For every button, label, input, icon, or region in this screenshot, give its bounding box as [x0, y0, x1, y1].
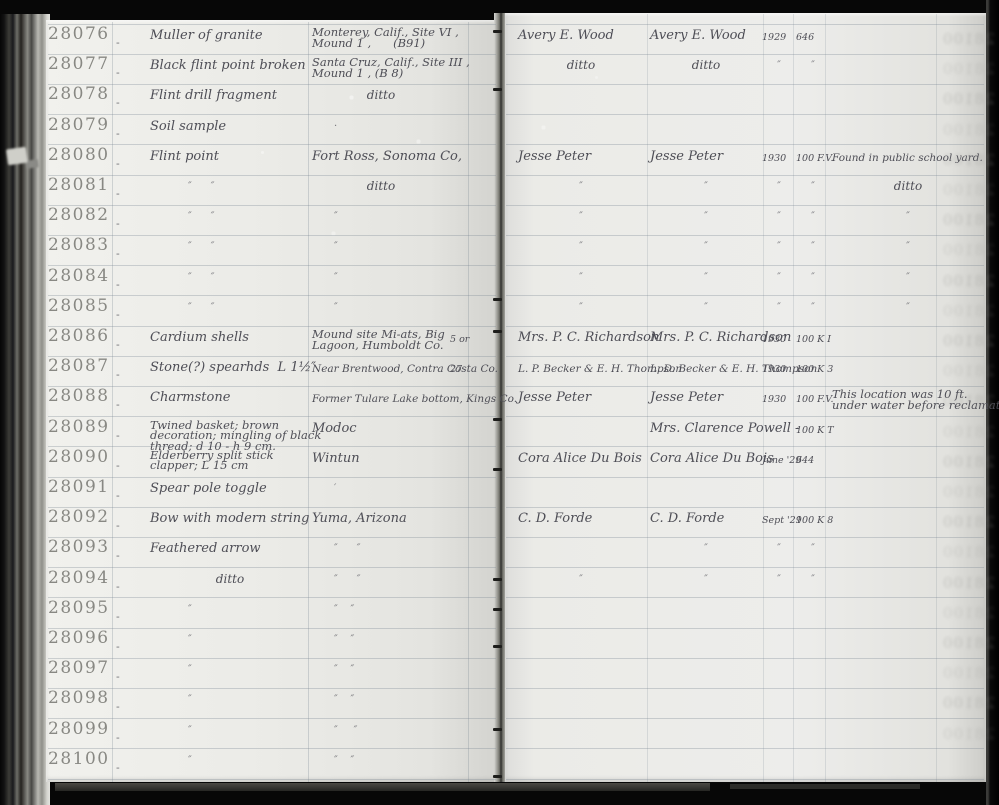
scan-shadow: [55, 783, 710, 791]
catalog-number-dash: -: [116, 127, 120, 140]
cell-collection: ″: [650, 271, 762, 284]
rule-line: [48, 295, 496, 296]
cell-loc: ″ ″: [312, 603, 472, 616]
cell-collector: Jesse Peter: [518, 150, 644, 163]
gutter-tick: [493, 30, 502, 33]
gutter-tick: [493, 468, 502, 471]
cell-collection: ″: [650, 301, 762, 314]
cell-acc: ″: [796, 240, 830, 253]
rule-line: [48, 265, 496, 266]
bleedthrough-number: 28100: [942, 30, 995, 48]
cell-collection: ″: [650, 240, 762, 253]
gutter-tick: [493, 88, 502, 91]
bleedthrough-number: 28100: [942, 272, 995, 290]
catalog-number: 28084: [48, 270, 110, 283]
page-edge-marker: [6, 147, 28, 166]
rule-line: [506, 356, 984, 357]
rule-line: [506, 54, 984, 55]
rule-line: [48, 235, 496, 236]
gutter-tick: [493, 645, 502, 648]
cell-collector: ″: [518, 240, 644, 253]
rule-line: [48, 718, 496, 719]
catalog-number: 28091: [48, 481, 110, 494]
rule-line: [506, 265, 984, 266]
bleedthrough-number: 28100: [942, 181, 995, 199]
rule-line: [48, 779, 496, 780]
bleedthrough-number: 28100: [942, 302, 995, 320]
cell-acc: 644: [796, 456, 830, 466]
catalog-number-dash: -: [116, 278, 120, 291]
rule-line: [506, 446, 984, 447]
catalog-number-dash: -: [116, 549, 120, 562]
catalog-number-dash: -: [116, 398, 120, 411]
catalog-number: 28085: [48, 300, 110, 313]
cell-collection: Cora Alice Du Bois: [650, 452, 762, 465]
catalog-number-dash: -: [116, 640, 120, 653]
cell-loc: Modoc: [312, 422, 450, 435]
bleedthrough-number: 28100: [942, 121, 995, 139]
bleedthrough-number: 28100: [942, 543, 995, 561]
cell-loc: ditto: [312, 180, 450, 193]
cell-loc: ″: [312, 240, 472, 253]
cell-desc: Muller of granite: [150, 29, 310, 42]
rule-line: [48, 205, 496, 206]
cell-collection: Mrs. Clarence Powell -: [650, 422, 762, 435]
book-page-edges: [0, 14, 50, 805]
rule-line: [48, 628, 496, 629]
rule-line: [48, 597, 496, 598]
bleedthrough-number: 28100: [942, 694, 995, 712]
catalog-number: 28080: [48, 149, 110, 162]
rule-line: [506, 628, 984, 629]
cell-date: ″: [762, 573, 796, 586]
rule-line: [48, 537, 496, 538]
cell-locnote: 27: [450, 365, 494, 375]
cell-desc: Elderberry split stickclapper; L 15 cm: [150, 450, 310, 471]
column-rule: [647, 14, 648, 782]
rule-line: [48, 356, 496, 357]
ledger-scan: 28076-Muller of graniteMonterey, Calif.,…: [0, 0, 999, 805]
catalog-number: 28097: [48, 662, 110, 675]
catalog-number-dash: -: [116, 580, 120, 593]
cell-acc: ″: [796, 180, 830, 193]
rule-line: [506, 537, 984, 538]
cell-acc: 100 K 8: [796, 516, 830, 526]
cell-collector: ditto: [518, 59, 644, 72]
cell-loc: Yuma, Arizona: [312, 512, 450, 525]
catalog-number: 28087: [48, 360, 110, 373]
rule-line: [506, 205, 984, 206]
cell-acc: 100 K T: [796, 426, 830, 436]
catalog-number-dash: -: [116, 157, 120, 170]
rule-line: [48, 416, 496, 417]
rule-line: [48, 114, 496, 115]
cell-acc: ″: [796, 573, 830, 586]
cell-loc: ″ ″: [312, 693, 472, 706]
cell-desc: Bow with modern string: [150, 512, 310, 525]
cell-loc: Santa Cruz, Calif., Site III ,Mound 1 , …: [312, 57, 450, 78]
cell-loc: ′: [312, 482, 472, 495]
cell-acc: ″: [796, 542, 830, 555]
rule-line: [506, 295, 984, 296]
cell-collector: Jesse Peter: [518, 391, 644, 404]
catalog-number-dash: -: [116, 459, 120, 472]
cell-date: Sept '29: [762, 516, 796, 526]
cell-desc: Flint point: [150, 150, 310, 163]
catalog-number: 28090: [48, 451, 110, 464]
cell-collector: ″: [518, 271, 644, 284]
cell-desc: ditto: [150, 573, 310, 586]
catalog-number-dash: -: [116, 610, 120, 623]
bleedthrough-number: 28100: [942, 211, 995, 229]
cell-acc: ″: [796, 301, 830, 314]
cell-loc: ″ ″: [312, 663, 472, 676]
cell-collection: L. D. Becker & E. H. Thompson: [650, 364, 762, 375]
cell-collection: Jesse Peter: [650, 391, 762, 404]
rule-line: [48, 748, 496, 749]
catalog-number-dash: -: [116, 66, 120, 79]
catalog-number-dash: -: [116, 247, 120, 260]
dust-specks: [0, 0, 1, 1]
catalog-number-dash: -: [116, 731, 120, 744]
cell-acc: 100 F.V.: [796, 395, 830, 405]
catalog-number: 28093: [48, 541, 110, 554]
rule-line: [506, 748, 984, 749]
rule-line: [48, 84, 496, 85]
catalog-number: 28094: [48, 572, 110, 585]
rule-line: [48, 658, 496, 659]
bleedthrough-number: 28100: [942, 332, 995, 350]
cell-loc: Near Brentwood, Contra Costa Co.: [312, 364, 450, 375]
rule-line: [506, 84, 984, 85]
cell-loc: ″ ″: [312, 724, 472, 737]
cell-collection: Avery E. Wood: [650, 29, 762, 42]
rule-line: [506, 144, 984, 145]
scan-shadow: [730, 784, 920, 789]
catalog-number: 28100: [48, 753, 110, 766]
cell-desc: Cardium shells: [150, 331, 310, 344]
catalog-number: 28088: [48, 390, 110, 403]
catalog-number: 28081: [48, 179, 110, 192]
rule-line: [48, 386, 496, 387]
bleedthrough-number: 28100: [942, 60, 995, 78]
cell-loc: Monterey, Calif., Site VI ,Mound 1 , (B9…: [312, 27, 450, 48]
rule-line: [506, 477, 984, 478]
bleedthrough-number: 28100: [942, 634, 995, 652]
cell-collector: C. D. Forde: [518, 512, 644, 525]
cell-desc: Stone(?) spearhds L 1½″: [150, 361, 310, 374]
cell-collector: ″: [518, 180, 644, 193]
catalog-number: 28086: [48, 330, 110, 343]
cell-date: 1930: [762, 395, 796, 405]
gutter-tick: [493, 775, 502, 778]
catalog-number: 28095: [48, 602, 110, 615]
cell-collector: ″: [518, 210, 644, 223]
bleedthrough-number: 28100: [942, 151, 995, 169]
rule-line: [506, 567, 984, 568]
cell-loc: ″ ″: [312, 633, 472, 646]
catalog-number: 28096: [48, 632, 110, 645]
catalog-number-dash: -: [116, 36, 120, 49]
cell-collector: ″: [518, 573, 644, 586]
rule-line: [506, 114, 984, 115]
rule-line: [506, 416, 984, 417]
cell-acc: ″: [796, 59, 830, 72]
cell-loc: ″ ″: [312, 754, 472, 767]
cell-desc: Black flint point broken: [150, 59, 310, 72]
cell-loc: ″ ″: [312, 542, 472, 555]
rule-line: [506, 507, 984, 508]
bleedthrough-number: 28100: [942, 604, 995, 622]
cell-loc: Fort Ross, Sonoma Co,: [312, 150, 450, 163]
catalog-number: 28077: [48, 58, 110, 71]
catalog-number-dash: -: [116, 519, 120, 532]
bleedthrough-number: 28100: [942, 241, 995, 259]
catalog-number-dash: -: [116, 338, 120, 351]
catalog-number: 28079: [48, 119, 110, 132]
cell-collection: ″: [650, 542, 762, 555]
catalog-number-dash: -: [116, 308, 120, 321]
catalog-number: 28076: [48, 28, 110, 41]
gutter-tick: [493, 418, 502, 421]
cell-collection: ″: [650, 573, 762, 586]
rule-line: [48, 144, 496, 145]
cell-date: ″: [762, 210, 796, 223]
cell-desc: Flint drill fragment: [150, 89, 310, 102]
cell-collection: C. D. Forde: [650, 512, 762, 525]
catalog-number: 28098: [48, 692, 110, 705]
cell-collection: Jesse Peter: [650, 150, 762, 163]
cell-date: ″: [762, 271, 796, 284]
cell-collection: ditto: [650, 59, 762, 72]
gutter-tick: [493, 298, 502, 301]
cell-locnote: 5 or: [450, 335, 494, 345]
cell-loc: Former Tulare Lake bottom, Kings Co.: [312, 394, 450, 405]
cell-loc: ″: [312, 210, 472, 223]
rule-line: [506, 235, 984, 236]
cell-acc: ″: [796, 210, 830, 223]
cell-date: ″: [762, 59, 796, 72]
rule-line: [506, 175, 984, 176]
rule-line: [48, 688, 496, 689]
cell-date: 1930: [762, 335, 796, 345]
gutter-tick: [493, 330, 502, 333]
cell-date: ″: [762, 301, 796, 314]
rule-line: [506, 718, 984, 719]
cell-collector: Mrs. P. C. Richardson: [518, 331, 644, 344]
bleedthrough-number: 28100: [942, 483, 995, 501]
rule-line: [506, 658, 984, 659]
catalog-number: 28082: [48, 209, 110, 222]
catalog-number-dash: -: [116, 96, 120, 109]
bleedthrough-number: 28100: [942, 423, 995, 441]
catalog-number-dash: -: [116, 187, 120, 200]
cell-loc: Mound site Mi-ats, BigLagoon, Humboldt C…: [312, 329, 450, 350]
gutter-tick: [493, 608, 502, 611]
cell-acc: ″: [796, 271, 830, 284]
catalog-number-dash: -: [116, 217, 120, 230]
cell-loc: Wintun: [312, 452, 450, 465]
bleedthrough-number: 28100: [942, 453, 995, 471]
gutter-tick: [493, 578, 502, 581]
cell-desc: Twined basket; browndecoration; mingling…: [150, 420, 310, 452]
rule-line: [48, 175, 496, 176]
cell-acc: 100 K I: [796, 335, 830, 345]
cell-date: 1929: [762, 33, 796, 43]
cell-loc: ″: [312, 271, 472, 284]
catalog-number-dash: -: [116, 761, 120, 774]
cell-collector: Cora Alice Du Bois: [518, 452, 644, 465]
cell-collector: L. P. Becker & E. H. Thompson: [518, 364, 644, 375]
catalog-number-dash: -: [116, 489, 120, 502]
rule-line: [506, 24, 984, 25]
rule-line: [506, 597, 984, 598]
rule-line: [506, 326, 984, 327]
cell-collection: ″: [650, 180, 762, 193]
cell-loc: ″: [312, 301, 472, 314]
bleedthrough-number: 28100: [942, 664, 995, 682]
rule-line: [48, 477, 496, 478]
cell-loc: ditto: [312, 89, 450, 102]
bleedthrough-number: 28100: [942, 362, 995, 380]
catalog-number: 28083: [48, 239, 110, 252]
catalog-number: 28078: [48, 88, 110, 101]
cell-acc: 646: [796, 33, 830, 43]
bleedthrough-number: 28100: [942, 574, 995, 592]
cell-desc: Feathered arrow: [150, 542, 310, 555]
catalog-number-dash: -: [116, 429, 120, 442]
bleedthrough-number: 28100: [942, 725, 995, 743]
catalog-number-dash: -: [116, 670, 120, 683]
cell-desc: Soil sample: [150, 120, 310, 133]
cell-desc: Charmstone: [150, 391, 310, 404]
cell-collection: ″: [650, 210, 762, 223]
cell-acc: 100 K 3: [796, 365, 830, 375]
catalog-number: 28099: [48, 723, 110, 736]
catalog-number: 28092: [48, 511, 110, 524]
cell-date: ″: [762, 180, 796, 193]
catalog-number-dash: -: [116, 368, 120, 381]
rule-line: [48, 567, 496, 568]
cell-loc: ·: [312, 120, 472, 133]
gutter-tick: [493, 728, 502, 731]
cell-date: ″: [762, 240, 796, 253]
catalog-number-dash: -: [116, 700, 120, 713]
cell-date: 1930: [762, 154, 796, 164]
cell-loc: ″ ″: [312, 573, 472, 586]
bleedthrough-number: 28100: [942, 392, 995, 410]
cell-date: June '29: [762, 456, 796, 466]
column-rule: [112, 22, 113, 782]
bleedthrough-number: 28100: [942, 90, 995, 108]
rule-line: [506, 688, 984, 689]
cell-desc: Spear pole toggle: [150, 482, 310, 495]
cell-date: 1930: [762, 365, 796, 375]
rule-line: [506, 779, 984, 780]
cell-collector: Avery E. Wood: [518, 29, 644, 42]
rule-line: [48, 507, 496, 508]
cell-date: ″: [762, 542, 796, 555]
catalog-number: 28089: [48, 421, 110, 434]
cell-acc: 100 F.V.: [796, 154, 830, 164]
cell-collection: Mrs. P. C. Richardson: [650, 331, 762, 344]
cell-collector: ″: [518, 301, 644, 314]
bleedthrough-number: 28100: [942, 513, 995, 531]
